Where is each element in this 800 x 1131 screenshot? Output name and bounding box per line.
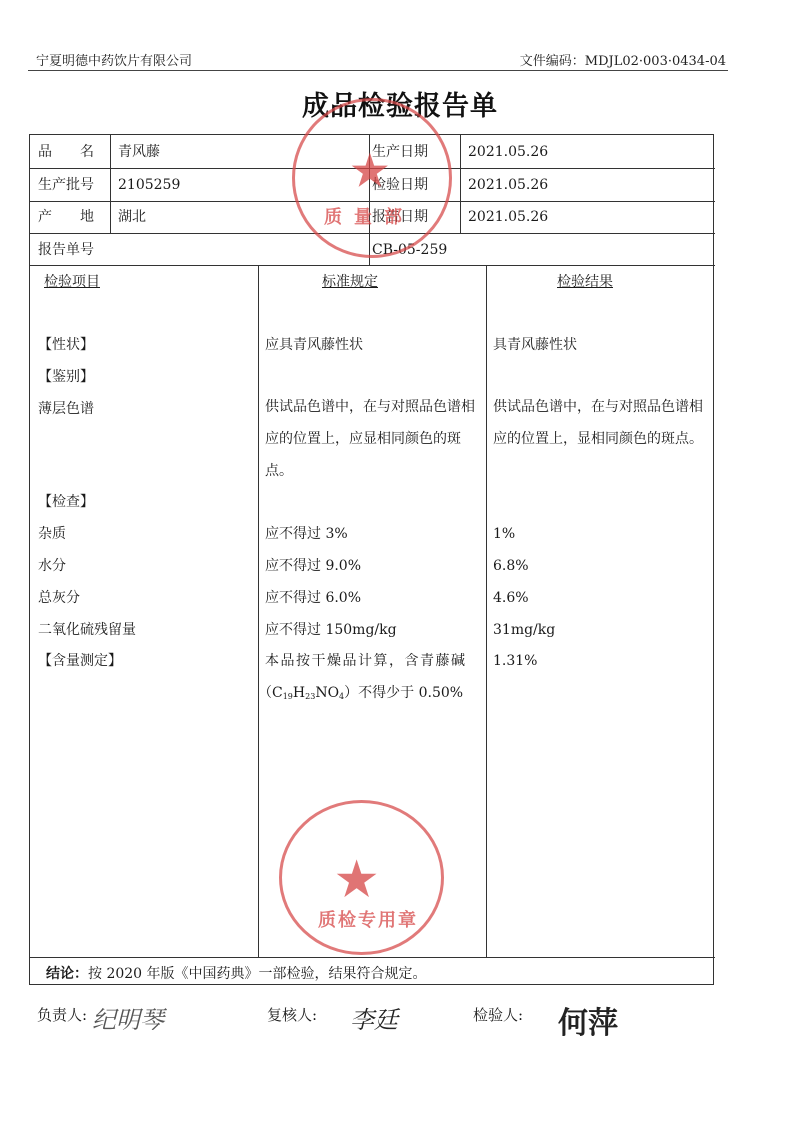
reviewer-signature: 李廷	[350, 1000, 398, 1035]
col-header-standard: 标准规定	[322, 273, 378, 291]
result-tlc: 供试品色谱中，在与对照品色谱相应的位置上，显相同颜色的斑点。	[493, 391, 715, 455]
col-header-item: 检验项目	[44, 273, 100, 291]
col-divider	[110, 135, 111, 233]
report-date-label: 报告日期	[372, 208, 428, 226]
standard-traits: 应具青风藤性状	[265, 336, 363, 354]
item-assay: 【含量测定】	[38, 652, 122, 670]
col-divider	[369, 135, 370, 265]
origin-value: 湖北	[118, 208, 146, 226]
item-tlc: 薄层色谱	[38, 400, 94, 418]
result-ash: 4.6%	[493, 589, 529, 607]
responsible-signature: 纪明琴	[92, 1000, 164, 1035]
test-date-value: 2021.05.26	[468, 176, 548, 194]
test-date-label: 检验日期	[372, 176, 428, 194]
conclusion: 结论：按 2020 年版《中国药典》一部检验，结果符合规定。	[46, 965, 427, 983]
report-no-value: CB-05-259	[372, 241, 447, 259]
row-divider	[30, 168, 715, 169]
standard-impurity: 应不得过 3%	[265, 525, 348, 543]
item-ash: 总灰分	[38, 589, 80, 607]
doc-code-value: MDJL02·003·0434-04	[585, 54, 726, 69]
item-traits: 【性状】	[38, 336, 94, 354]
company-name: 宁夏明德中药饮片有限公司	[36, 50, 192, 69]
standard-moisture: 应不得过 9.0%	[265, 557, 361, 575]
row-divider	[30, 201, 715, 202]
inspector-signature: 何萍	[558, 998, 618, 1042]
doc-code-label: 文件编码：	[520, 54, 585, 69]
result-moisture: 6.8%	[493, 557, 529, 575]
standard-assay: 本品按干燥品计算，含青藤碱	[265, 652, 467, 670]
item-so2: 二氧化硫残留量	[38, 621, 136, 639]
name-value: 青风藤	[118, 143, 160, 161]
row-divider	[30, 957, 715, 958]
header-divider	[28, 70, 728, 71]
result-assay: 1.31%	[493, 652, 537, 670]
standard-tlc: 供试品色谱中，在与对照品色谱相应的位置上，应显相同颜色的斑点。	[265, 391, 487, 487]
row-divider	[30, 265, 715, 266]
inspector-label: 检验人:	[473, 1006, 523, 1024]
standard-ash: 应不得过 6.0%	[265, 589, 361, 607]
report-table: 品 名 青风藤 生产批号 2105259 产 地 湖北 报告单号 CB-05-2…	[29, 134, 714, 985]
report-no-label: 报告单号	[38, 241, 94, 259]
batch-value: 2105259	[118, 176, 180, 194]
row-divider	[30, 233, 715, 234]
prod-date-value: 2021.05.26	[468, 143, 548, 161]
responsible-label: 负责人:	[37, 1006, 87, 1024]
prod-date-label: 生产日期	[372, 143, 428, 161]
col-divider	[460, 135, 461, 233]
conclusion-label: 结论：	[46, 966, 88, 982]
batch-label: 生产批号	[38, 176, 94, 194]
doc-code: 文件编码：MDJL02·003·0434-04	[520, 50, 726, 69]
name-label: 品 名	[38, 143, 94, 161]
result-impurity: 1%	[493, 525, 515, 543]
item-impurity: 杂质	[38, 525, 66, 543]
col-divider	[258, 265, 259, 957]
result-traits: 具青风藤性状	[493, 336, 577, 354]
conclusion-text: 按 2020 年版《中国药典》一部检验，结果符合规定。	[88, 966, 427, 982]
col-divider	[486, 265, 487, 957]
standard-assay-formula: （C19H23NO4）不得少于 0.50%	[258, 684, 463, 706]
col-header-result: 检验结果	[557, 273, 613, 291]
result-so2: 31mg/kg	[493, 621, 555, 639]
item-identification: 【鉴别】	[38, 368, 94, 386]
standard-so2: 应不得过 150mg/kg	[265, 621, 397, 639]
origin-label: 产 地	[38, 208, 94, 226]
report-date-value: 2021.05.26	[468, 208, 548, 226]
page-title: 成品检验报告单	[0, 84, 800, 123]
item-inspection: 【检查】	[38, 493, 94, 511]
reviewer-label: 复核人:	[267, 1006, 317, 1024]
item-moisture: 水分	[38, 557, 66, 575]
